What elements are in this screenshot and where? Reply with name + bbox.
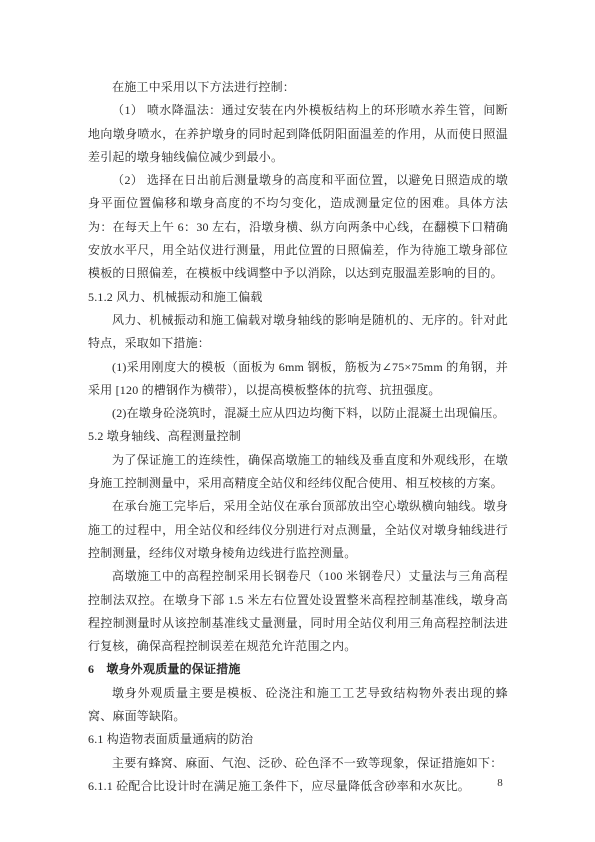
section-heading-5-1-2: 5.1.2 风力、机械振动和施工偏载 — [88, 286, 508, 309]
paragraph-wind-vibration-intro: 风力、机械振动和施工偏载对墩身轴线的影响是随机的、无序的。针对此特点，采取如下措… — [88, 309, 508, 356]
section-heading-6: 6 墩身外观质量的保证措施 — [88, 658, 508, 681]
paragraph-survey-scheme: 为了保证施工的连续性，确保高墩施工的轴线及垂直度和外观线形，在墩身施工控制测量中… — [88, 449, 508, 496]
paragraph-spray-cooling: （1） 喷水降温法：通过安装在内外模板结构上的环形喷水养生管，间断地向墩身喷水，… — [88, 99, 508, 169]
section-heading-6-1: 6.1 构造物表面质量通病的防治 — [88, 728, 508, 751]
section-heading-5-2: 5.2 墩身轴线、高程测量控制 — [88, 425, 508, 448]
paragraph-axis-measurement: 在承台施工完毕后，采用全站仪在承台顶部放出空心墩纵横向轴线。墩身施工的过程中，用… — [88, 495, 508, 565]
paragraph-elevation-control: 高墩施工中的高程控制采用长钢卷尺（100 米钢卷尺）丈量法与三角高程控制法双控。… — [88, 565, 508, 658]
paragraph-control-methods-intro: 在施工中采用以下方法进行控制： — [88, 76, 508, 99]
paragraph-rigid-formwork: (1)采用刚度大的模板（面板为 6mm 钢板，筋板为∠75×75mm 的角钢，并… — [88, 356, 508, 403]
paragraph-concrete-pouring: (2)在墩身砼浇筑时，混凝土应从四边均衡下料，以防止混凝土出现偏压。 — [88, 402, 508, 425]
paragraph-surface-defects: 主要有蜂窝、麻面、气泡、泛砂、砼色泽不一致等现象，保证措施如下： — [88, 752, 508, 775]
document-page: 在施工中采用以下方法进行控制： （1） 喷水降温法：通过安装在内外模板结构上的环… — [0, 0, 595, 842]
paragraph-sunrise-measurement: （2） 选择在日出前后测量墩身的高度和平面位置，以避免日照造成的墩身平面位置偏移… — [88, 169, 508, 285]
clause-6-1-1: 6.1.1 砼配合比设计时在满足施工条件下，应尽量降低含砂率和水灰比。 — [88, 775, 508, 798]
text-block: 在施工中采用以下方法进行控制： （1） 喷水降温法：通过安装在内外模板结构上的环… — [88, 76, 508, 798]
paragraph-appearance-quality: 墩身外观质量主要是模板、砼浇注和施工工艺导致结构物外表出现的蜂窝、麻面等缺陷。 — [88, 682, 508, 729]
page-number: 8 — [490, 776, 510, 790]
